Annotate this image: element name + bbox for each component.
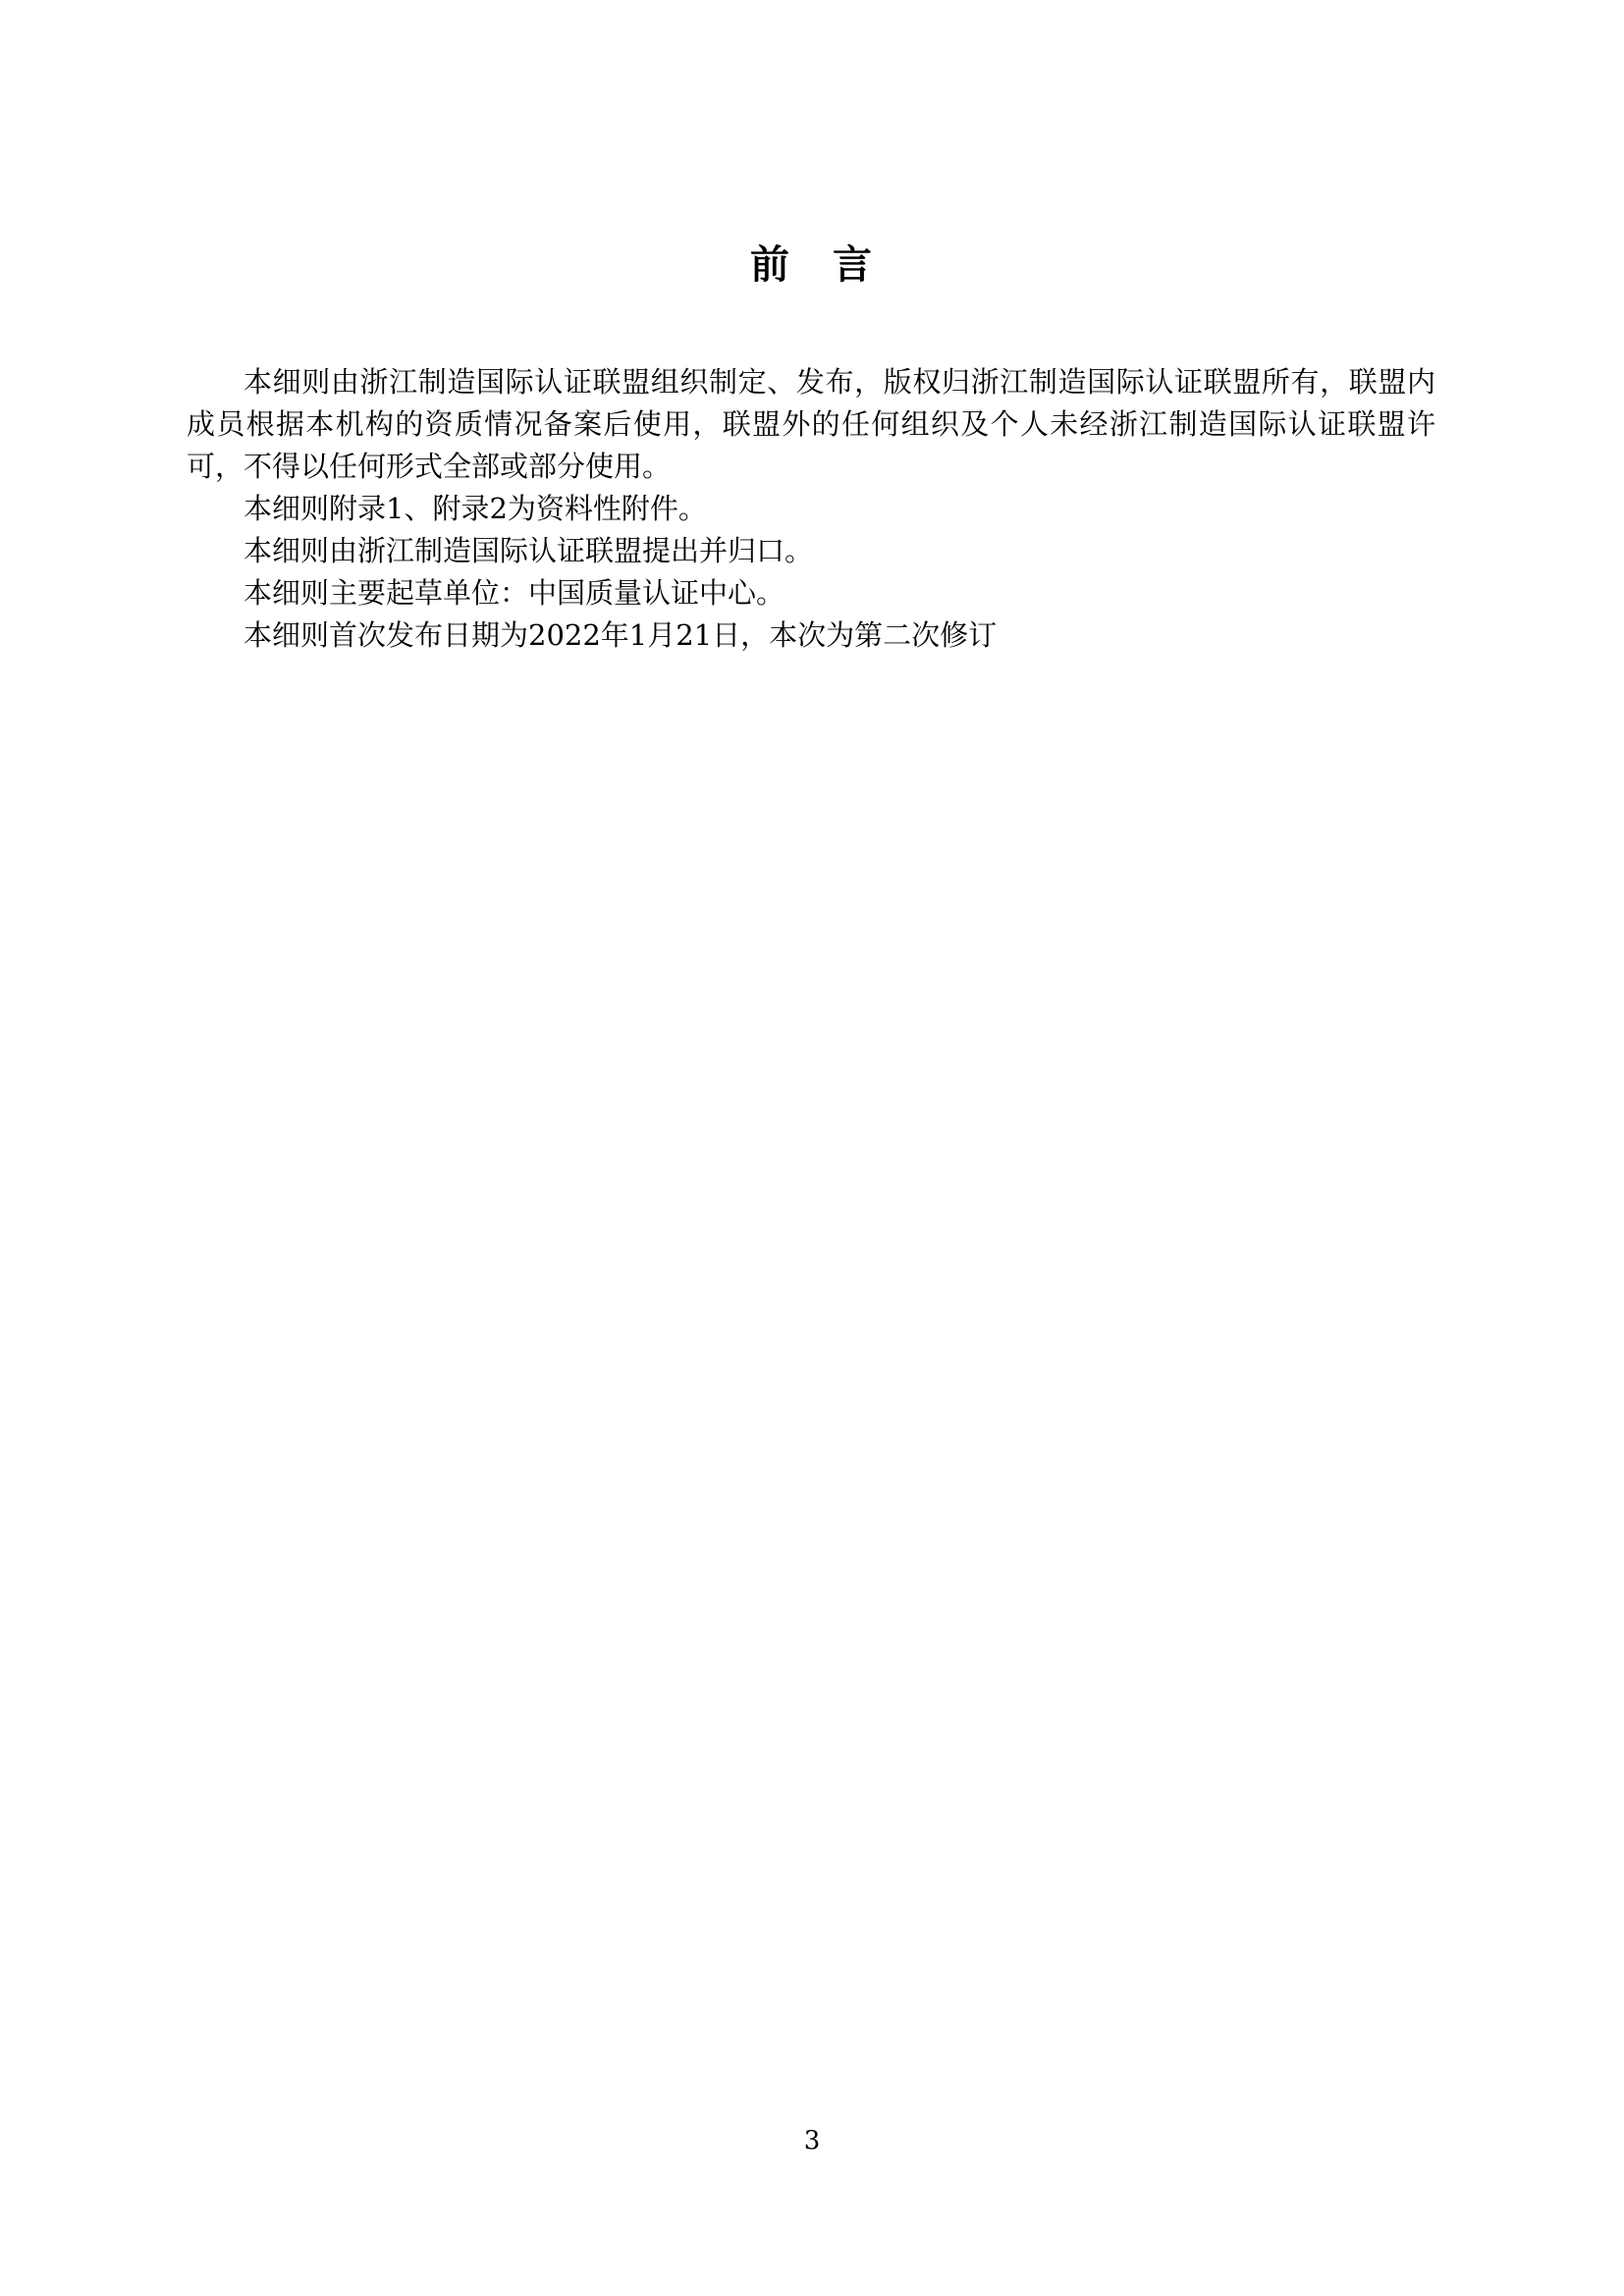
document-page: 前 言 本细则由浙江制造国际认证联盟组织制定、发布，版权归浙江制造国际认证联盟所… xyxy=(0,0,1624,2296)
paragraph-copyright-notice: 本细则由浙江制造国际认证联盟组织制定、发布，版权归浙江制造国际认证联盟所有，联盟… xyxy=(187,361,1435,488)
page-number: 3 xyxy=(0,2126,1624,2156)
paragraph-proposed-by: 本细则由浙江制造国际认证联盟提出并归口。 xyxy=(187,530,1435,572)
paragraph-publication-date: 本细则首次发布日期为2022年1月21日，本次为第二次修订 xyxy=(187,614,1435,657)
document-title: 前 言 xyxy=(0,234,1624,290)
paragraph-drafting-unit: 本细则主要起草单位：中国质量认证中心。 xyxy=(187,572,1435,614)
document-body: 本细则由浙江制造国际认证联盟组织制定、发布，版权归浙江制造国际认证联盟所有，联盟… xyxy=(187,361,1435,657)
paragraph-annexes-note: 本细则附录1、附录2为资料性附件。 xyxy=(187,488,1435,530)
